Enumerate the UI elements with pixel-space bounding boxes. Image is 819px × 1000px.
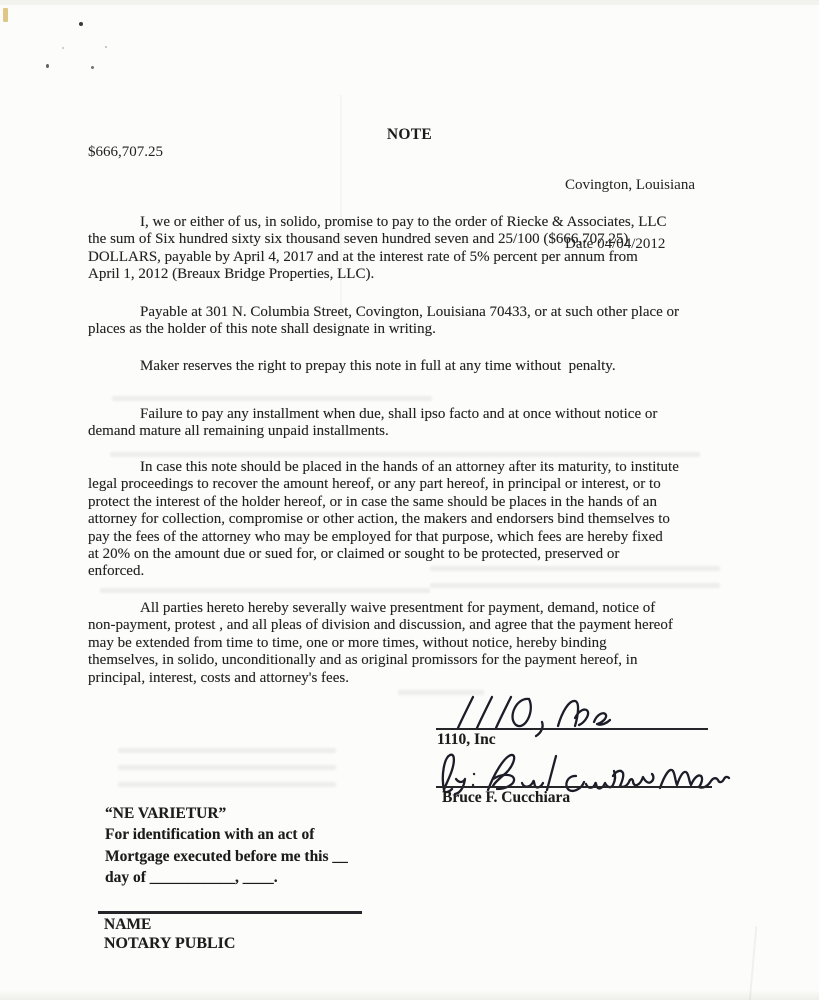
- paragraph-prepayment: Maker reserves the right to prepay this …: [88, 358, 744, 375]
- company-signature-line: [436, 728, 708, 730]
- paragraph-attorney-fees: In case this note should be placed in th…: [88, 459, 744, 581]
- signer-name-label: Bruce F. Cucchiara: [442, 789, 570, 807]
- scan-speck: [46, 64, 49, 68]
- company-name-label: 1110, Inc: [437, 731, 496, 749]
- signer-signature-line: [436, 786, 712, 788]
- note-amount: $666,707.25: [88, 144, 163, 161]
- notary-signature-line: [98, 911, 362, 914]
- bleed-through-text: [118, 748, 336, 796]
- scan-speck: [62, 47, 64, 49]
- scan-speck: [79, 22, 83, 26]
- paragraph-waiver: All parties hereto hereby severally waiv…: [88, 600, 744, 687]
- scan-speck: [105, 46, 107, 48]
- paper-crease: [749, 926, 758, 1000]
- scanned-note-document: NOTE $666,707.25 Covington, Louisiana Da…: [0, 0, 819, 1000]
- document-title: NOTE: [0, 126, 819, 144]
- paragraph-failure-to-pay: Failure to pay any installment when due,…: [88, 406, 744, 441]
- paragraph-promise-to-pay: I, we or either of us, in solido, promis…: [88, 214, 744, 284]
- notary-name-label: NAME: [104, 916, 151, 934]
- ne-varietur-block: “NE VARIETUR” For identification with an…: [105, 803, 348, 888]
- paragraph-payable-at: Payable at 301 N. Columbia Street, Covin…: [88, 304, 744, 339]
- city-state: Covington, Louisiana: [565, 176, 695, 196]
- tape-mark: [3, 8, 8, 22]
- notary-title-label: NOTARY PUBLIC: [104, 935, 235, 953]
- scan-speck: [91, 66, 94, 69]
- scan-edge-top: [0, 0, 819, 5]
- scan-edge-bottom: [0, 990, 819, 1000]
